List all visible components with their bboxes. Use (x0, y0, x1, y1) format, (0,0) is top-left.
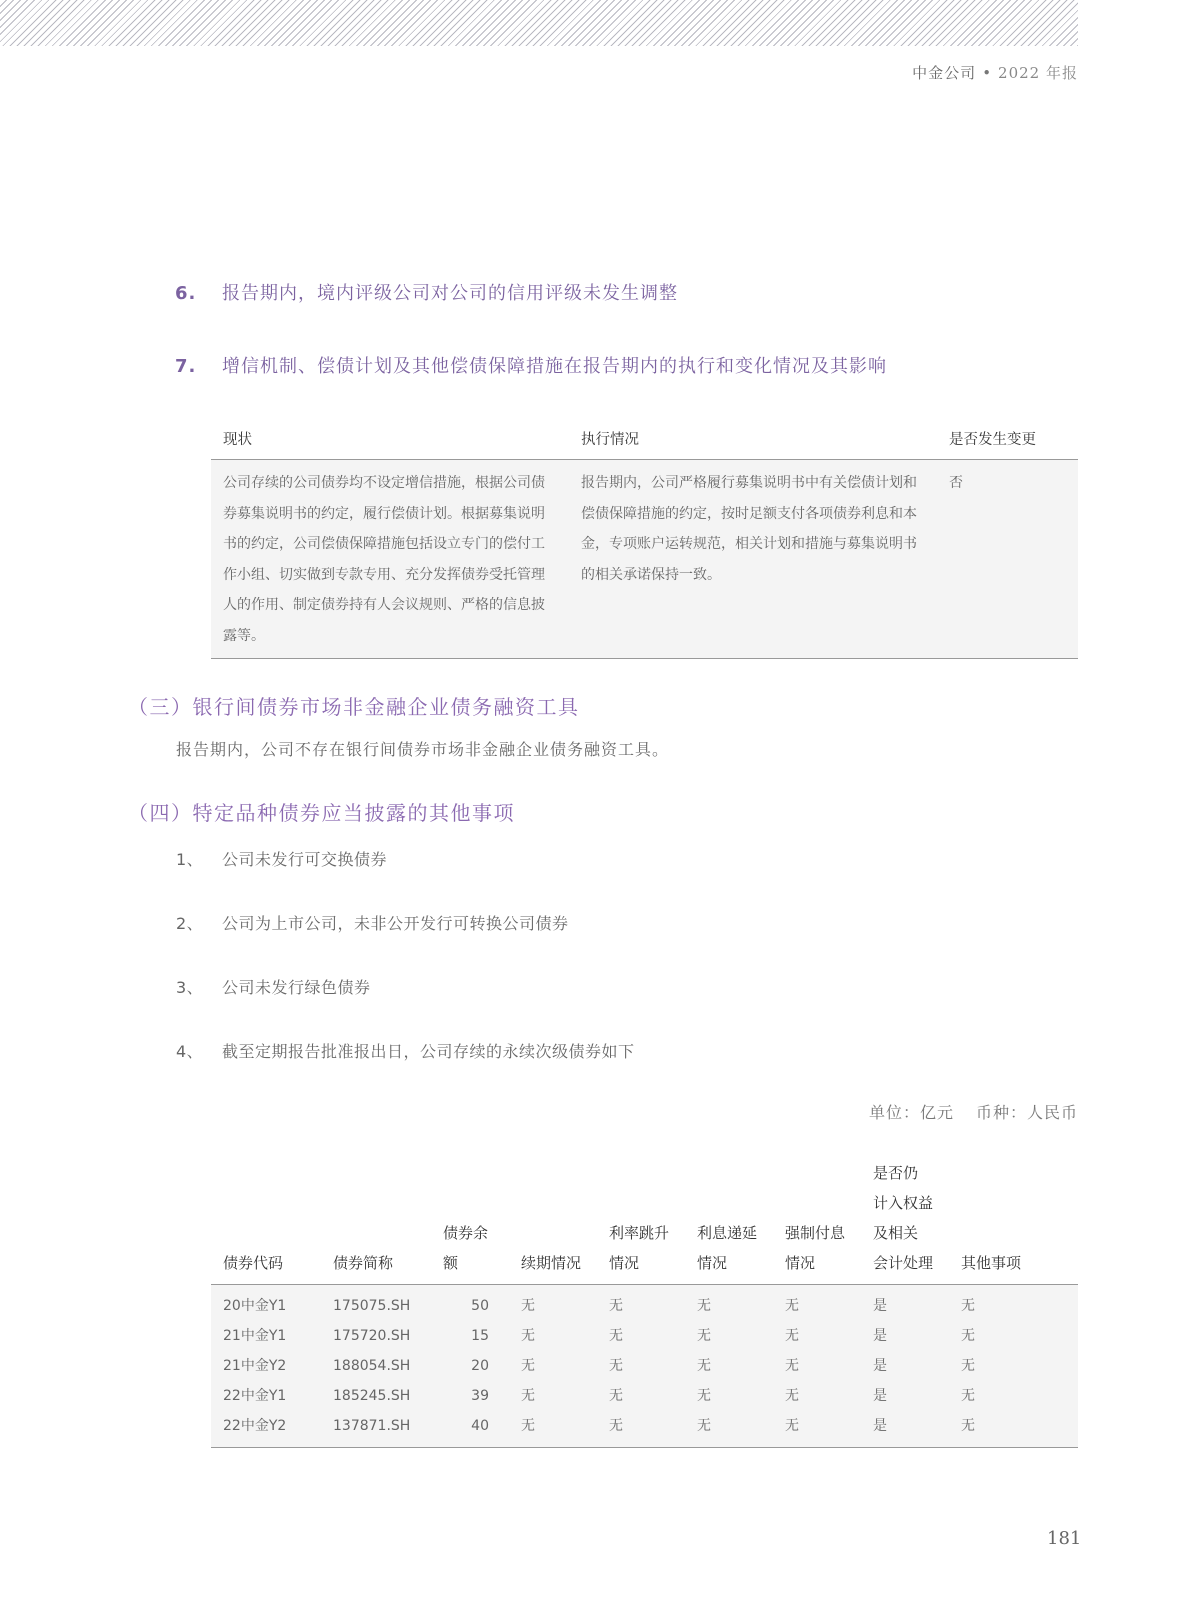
list-index: 3、 (176, 975, 222, 998)
list-item: 3、公司未发行绿色债券 (176, 975, 371, 998)
list-text: 公司未发行绿色债券 (222, 978, 371, 997)
table-cell: 无 (773, 1285, 861, 1322)
table-cell: 无 (509, 1381, 597, 1411)
section-3-body: 报告期内，公司不存在银行间债券市场非金融企业债务融资工具。 (176, 737, 669, 760)
column-header: 利率跳升情况 (597, 1158, 685, 1285)
table-cell: 无 (685, 1411, 773, 1448)
list-index: 1、 (176, 847, 222, 870)
bullet-separator: • (982, 64, 992, 82)
column-header: 续期情况 (509, 1158, 597, 1285)
table-cell: 无 (773, 1381, 861, 1411)
column-header: 债券简称 (321, 1158, 431, 1285)
heading-text: 报告期内，境内评级公司对公司的信用评级未发生调整 (222, 283, 678, 304)
column-header: 是否发生变更 (937, 422, 1078, 460)
list-text: 公司未发行可交换债券 (222, 850, 387, 869)
heading-number: 7. (175, 356, 222, 377)
column-header: 债券代码 (211, 1158, 321, 1285)
table-cell: 无 (773, 1321, 861, 1351)
unit-currency-note: 单位：亿元币种：人民币 (869, 1100, 1078, 1123)
table-cell: 报告期内，公司严格履行募集说明书中有关偿债计划和偿债保障措施的约定，按时足额支付… (569, 460, 937, 659)
column-header: 债券余额 (431, 1158, 509, 1285)
list-text: 公司为上市公司，未非公开发行可转换公司债券 (222, 914, 569, 933)
column-header: 其他事项 (949, 1158, 1078, 1285)
heading-item-7: 7.增信机制、偿债计划及其他偿债保障措施在报告期内的执行和变化情况及其影响 (175, 352, 887, 378)
table-cell: 无 (949, 1285, 1078, 1322)
table-cell: 无 (949, 1321, 1078, 1351)
table-cell: 无 (509, 1285, 597, 1322)
table-cell: 无 (773, 1351, 861, 1381)
column-header: 利息递延情况 (685, 1158, 773, 1285)
table-cell: 是 (861, 1411, 949, 1448)
list-index: 4、 (176, 1039, 222, 1062)
table-cell: 无 (949, 1351, 1078, 1381)
table-cell: 20中金Y1 (211, 1285, 321, 1322)
table-cell: 无 (597, 1411, 685, 1448)
section-heading-3: （三）银行间债券市场非金融企业债务融资工具 (128, 691, 580, 720)
table-cell: 185245.SH (321, 1381, 431, 1411)
table-cell: 是 (861, 1285, 949, 1322)
column-header: 现状 (211, 422, 569, 460)
table-cell: 无 (509, 1351, 597, 1381)
company-name: 中金公司 (912, 64, 976, 82)
table-cell: 无 (597, 1285, 685, 1322)
table-row: 22中金Y2 137871.SH 40 无 无 无 无 是 无 (211, 1411, 1078, 1448)
page-number: 181 (1047, 1528, 1081, 1549)
table-cell: 188054.SH (321, 1351, 431, 1381)
running-header: 中金公司•2022 年报 (912, 62, 1078, 83)
report-title: 2022 年报 (998, 64, 1078, 82)
table-cell: 是 (861, 1321, 949, 1351)
table-cell: 175720.SH (321, 1321, 431, 1351)
table-cell: 无 (509, 1321, 597, 1351)
table-cell: 21中金Y1 (211, 1321, 321, 1351)
table-cell: 公司存续的公司债券均不设定增信措施，根据公司债券募集说明书的约定，履行偿债计划。… (211, 460, 569, 659)
table-cell: 无 (773, 1411, 861, 1448)
table-cell: 175075.SH (321, 1285, 431, 1322)
currency-label: 币种：人民币 (976, 1103, 1078, 1122)
table-cell: 137871.SH (321, 1411, 431, 1448)
list-item: 4、截至定期报告批准报出日，公司存续的永续次级债券如下 (176, 1039, 635, 1062)
table-cell: 无 (597, 1381, 685, 1411)
section-heading-4: （四）特定品种债券应当披露的其他事项 (128, 797, 515, 826)
table-cell: 39 (431, 1381, 509, 1411)
list-index: 2、 (176, 911, 222, 934)
table-cell: 15 (431, 1321, 509, 1351)
table-cell: 40 (431, 1411, 509, 1448)
perpetual-bonds-table: 债券代码 债券简称 债券余额 续期情况 利率跳升情况 利息递延情况 强制付息情况… (211, 1158, 1078, 1448)
table-row: 20中金Y1 175075.SH 50 无 无 无 无 是 无 (211, 1285, 1078, 1322)
list-item: 2、公司为上市公司，未非公开发行可转换公司债券 (176, 911, 569, 934)
table-cell: 是 (861, 1381, 949, 1411)
table-cell: 无 (949, 1411, 1078, 1448)
column-header: 强制付息情况 (773, 1158, 861, 1285)
table-cell: 是 (861, 1351, 949, 1381)
list-text: 截至定期报告批准报出日，公司存续的永续次级债券如下 (222, 1042, 635, 1061)
heading-text: 增信机制、偿债计划及其他偿债保障措施在报告期内的执行和变化情况及其影响 (222, 356, 887, 377)
table-row: 公司存续的公司债券均不设定增信措施，根据公司债券募集说明书的约定，履行偿债计划。… (211, 460, 1078, 659)
table-cell: 无 (509, 1411, 597, 1448)
table-row: 21中金Y1 175720.SH 15 无 无 无 无 是 无 (211, 1321, 1078, 1351)
table-cell: 50 (431, 1285, 509, 1322)
table-cell: 无 (685, 1285, 773, 1322)
table-cell: 22中金Y2 (211, 1411, 321, 1448)
table-cell: 22中金Y1 (211, 1381, 321, 1411)
heading-item-6: 6.报告期内，境内评级公司对公司的信用评级未发生调整 (175, 279, 678, 305)
table-row: 22中金Y1 185245.SH 39 无 无 无 无 是 无 (211, 1381, 1078, 1411)
table-cell: 无 (685, 1321, 773, 1351)
column-header: 是否仍计入权益及相关会计处理 (861, 1158, 949, 1285)
decorative-hatch-band (0, 0, 1078, 46)
table-row: 21中金Y2 188054.SH 20 无 无 无 无 是 无 (211, 1351, 1078, 1381)
unit-label: 单位：亿元 (869, 1103, 954, 1122)
table-cell: 无 (597, 1321, 685, 1351)
credit-enhancement-table: 现状 执行情况 是否发生变更 公司存续的公司债券均不设定增信措施，根据公司债券募… (211, 422, 1078, 659)
column-header: 执行情况 (569, 422, 937, 460)
table-cell: 无 (685, 1381, 773, 1411)
heading-number: 6. (175, 283, 222, 304)
table-cell: 否 (937, 460, 1078, 659)
table-cell: 无 (597, 1351, 685, 1381)
table-cell: 20 (431, 1351, 509, 1381)
table-cell: 21中金Y2 (211, 1351, 321, 1381)
list-item: 1、公司未发行可交换债券 (176, 847, 387, 870)
table-cell: 无 (685, 1351, 773, 1381)
table-cell: 无 (949, 1381, 1078, 1411)
